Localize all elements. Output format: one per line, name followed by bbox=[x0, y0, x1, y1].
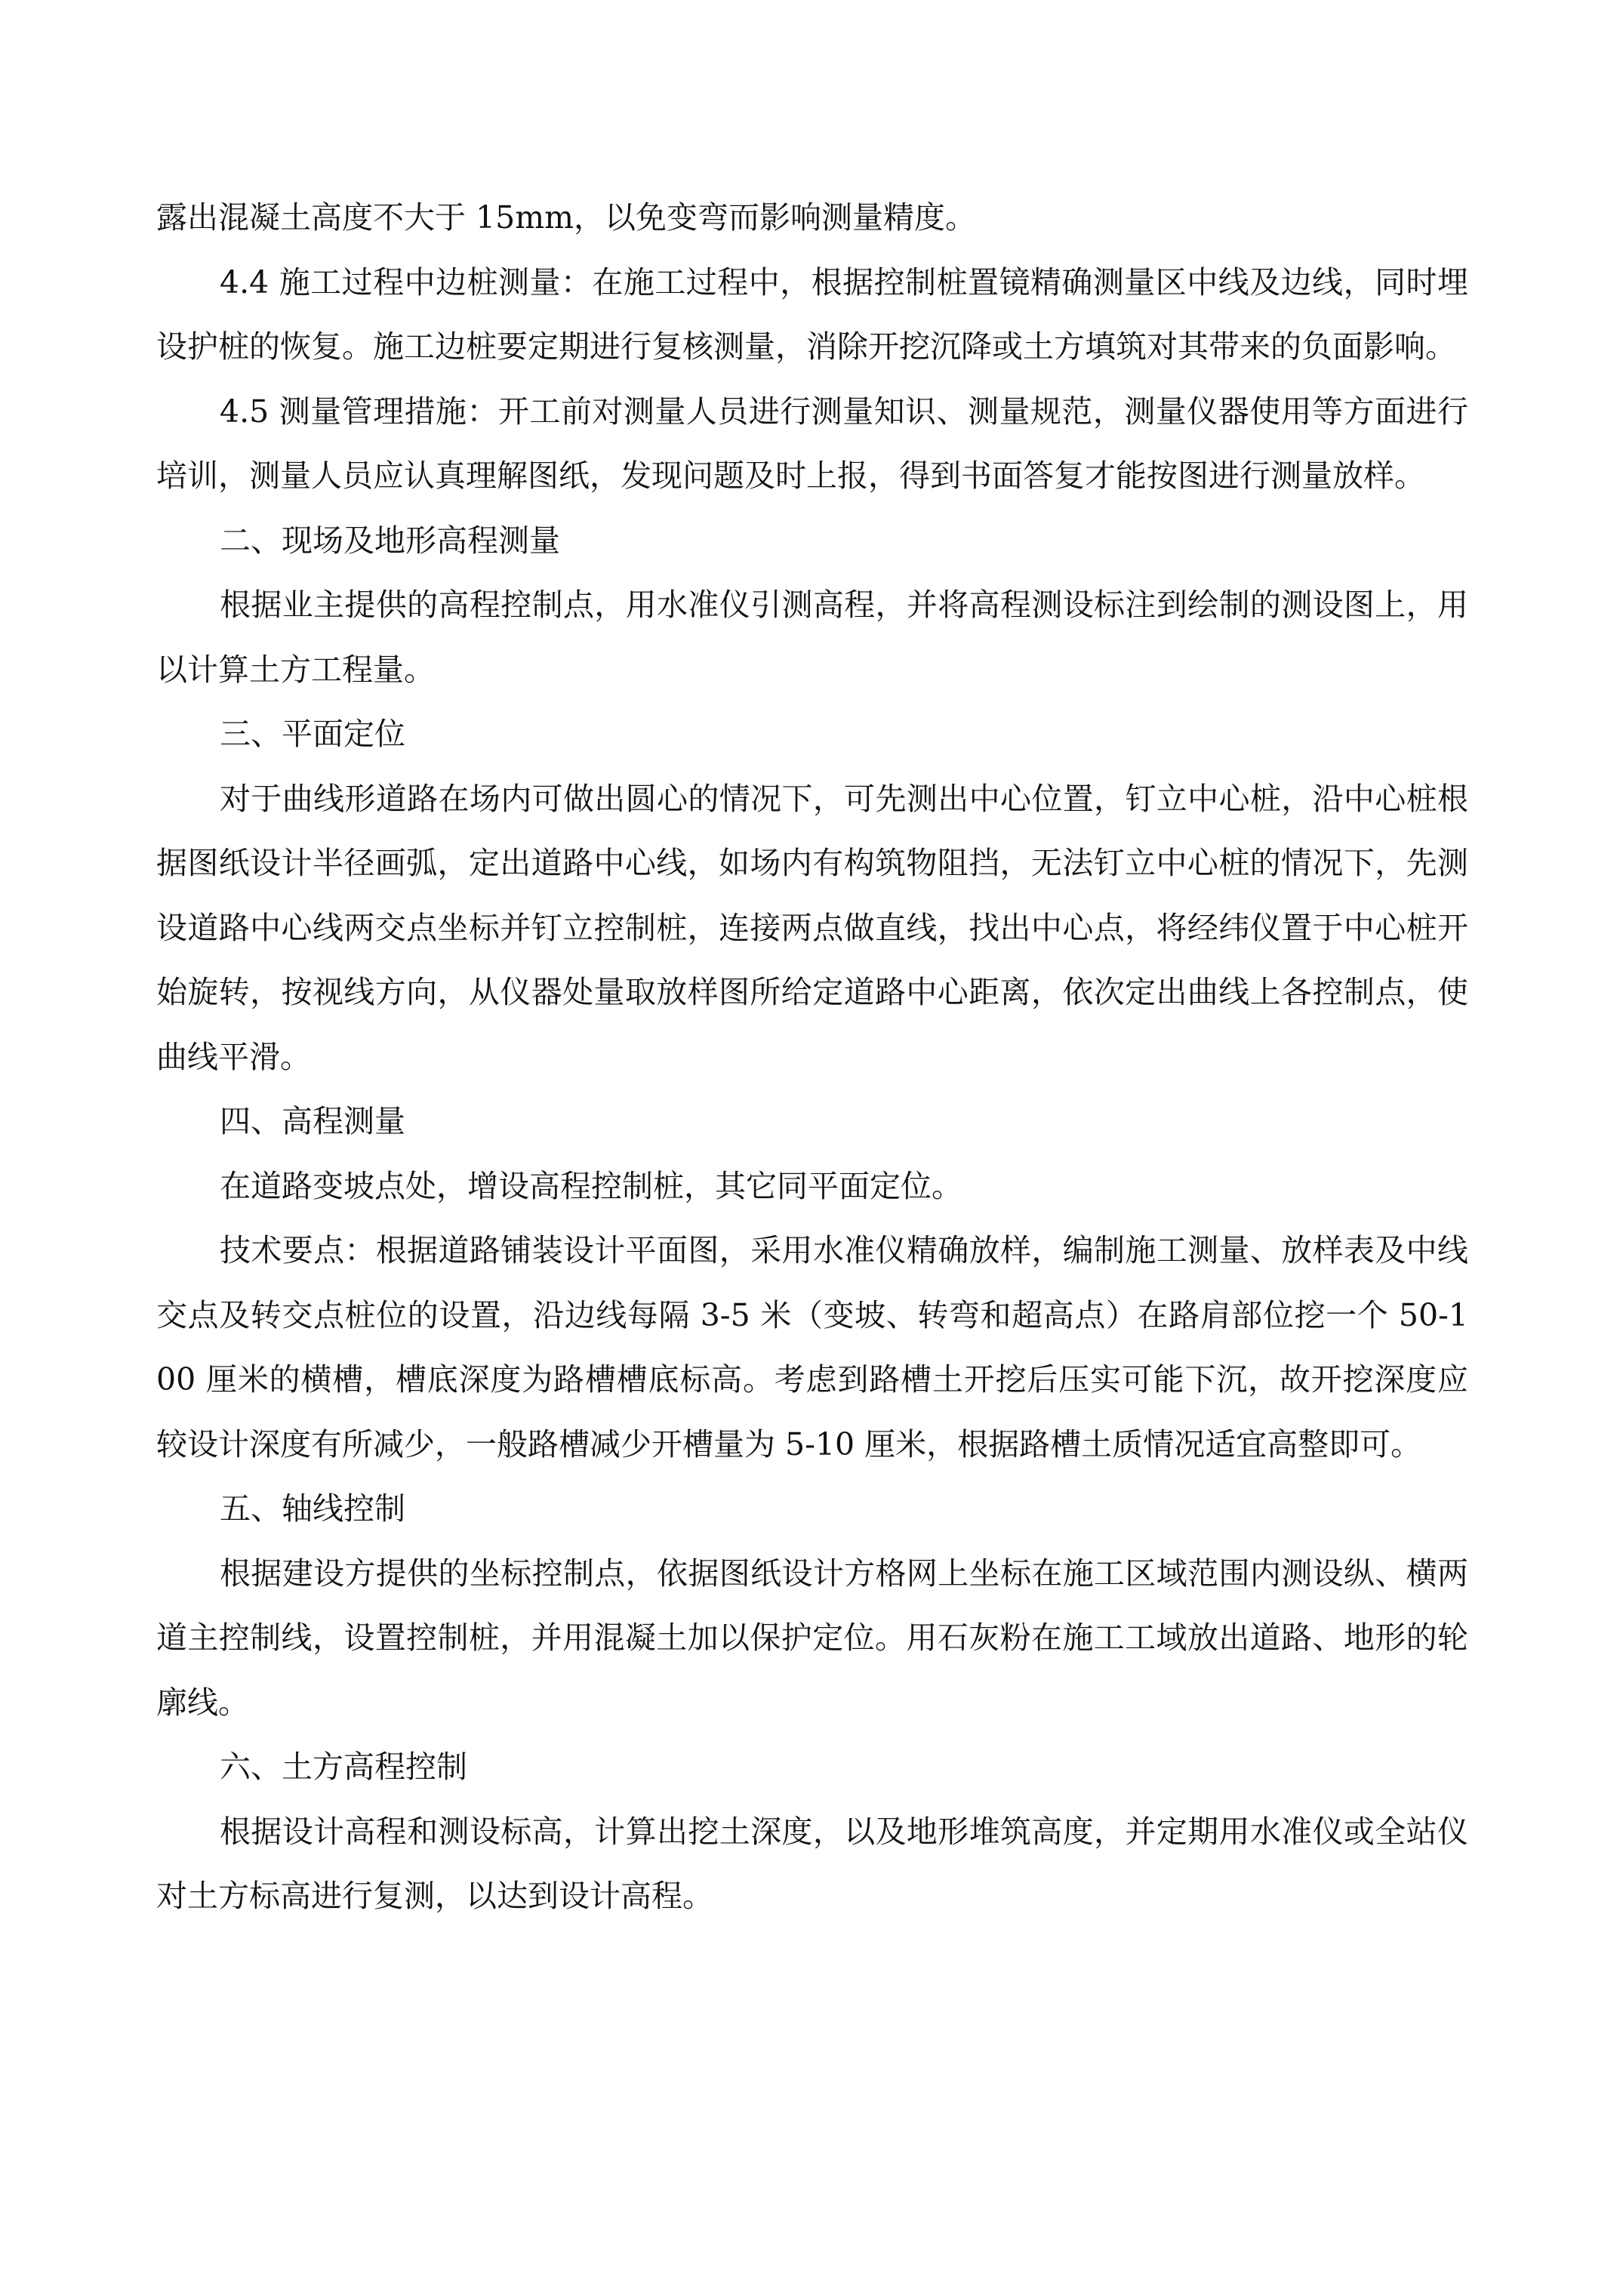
section-heading-2: 二、现场及地形高程测量 bbox=[156, 509, 1468, 574]
paragraph-elevation-survey: 根据业主提供的高程控制点，用水准仪引测高程，并将高程测设标注到绘制的测设图上，用… bbox=[156, 573, 1468, 702]
section-heading-3: 三、平面定位 bbox=[156, 702, 1468, 767]
paragraph-technical-points: 技术要点：根据道路铺装设计平面图，采用水准仪精确放样，编制施工测量、放样表及中线… bbox=[156, 1219, 1468, 1477]
section-heading-4: 四、高程测量 bbox=[156, 1089, 1468, 1154]
paragraph-grade-change: 在道路变坡点处，增设高程控制桩，其它同平面定位。 bbox=[156, 1154, 1468, 1219]
section-heading-5: 五、轴线控制 bbox=[156, 1477, 1468, 1542]
document-page: 露出混凝土高度不大于 15mm，以免变弯而影响测量精度。 4.4 施工过程中边桩… bbox=[156, 186, 1468, 1929]
paragraph-plane-positioning: 对于曲线形道路在场内可做出圆心的情况下，可先测出中心位置，钉立中心桩，沿中心桩根… bbox=[156, 767, 1468, 1090]
paragraph-4-5-survey-management: 4.5 测量管理措施：开工前对测量人员进行测量知识、测量规范，测量仪器使用等方面… bbox=[156, 380, 1468, 509]
section-heading-6: 六、土方高程控制 bbox=[156, 1735, 1468, 1800]
paragraph-continuation: 露出混凝土高度不大于 15mm，以免变弯而影响测量精度。 bbox=[156, 186, 1468, 251]
paragraph-earthwork-elevation: 根据设计高程和测设标高，计算出挖土深度，以及地形堆筑高度，并定期用水准仪或全站仪… bbox=[156, 1800, 1468, 1929]
paragraph-4-4-side-stake-survey: 4.4 施工过程中边桩测量：在施工过程中，根据控制桩置镜精确测量区中线及边线，同… bbox=[156, 251, 1468, 380]
paragraph-axis-control: 根据建设方提供的坐标控制点，依据图纸设计方格网上坐标在施工区域范围内测设纵、横两… bbox=[156, 1542, 1468, 1736]
